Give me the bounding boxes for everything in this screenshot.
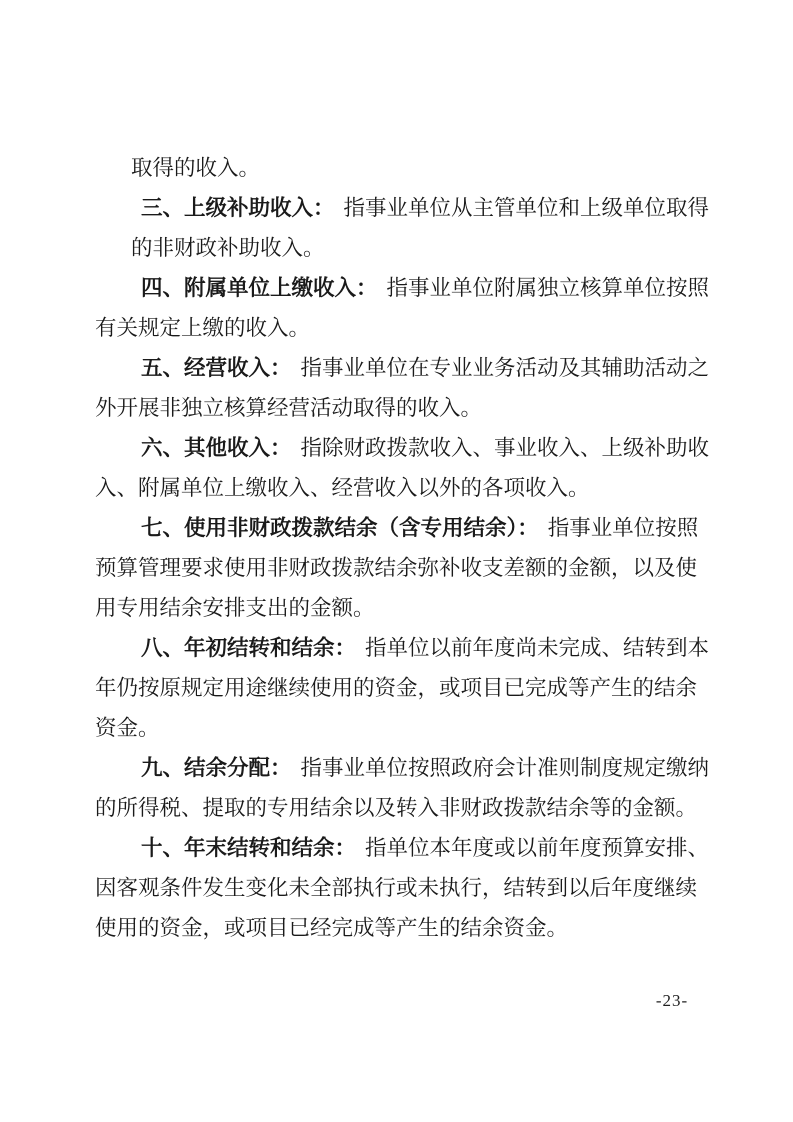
paragraph-heading: 九、结余分配： — [141, 756, 292, 780]
text-line: 预算管理要求使用非财政拨款结余弥补收支差额的金额，以及使 — [95, 548, 720, 588]
paragraph-heading: 七、使用非财政拨款结余（含专用结余）： — [141, 516, 539, 540]
paragraph-text: 指单位以前年度尚未完成、结转到本 — [365, 636, 709, 660]
paragraph-text: 预算管理要求使用非财政拨款结余弥补收支差额的金额，以及使 — [95, 556, 697, 580]
text-line: 三、上级补助收入：指事业单位从主管单位和上级单位取得 — [95, 188, 720, 228]
text-line: 九、结余分配：指事业单位按照政府会计准则制度规定缴纳 — [95, 748, 720, 788]
text-line: 有关规定上缴的收入。 — [95, 308, 720, 348]
text-line: 因客观条件发生变化未全部执行或未执行，结转到以后年度继续 — [95, 868, 720, 908]
document-page: 取得的收入。三、上级补助收入：指事业单位从主管单位和上级单位取得的非财政补助收入… — [0, 0, 793, 1122]
text-line: 五、经营收入：指事业单位在专业业务活动及其辅助活动之 — [95, 348, 720, 388]
text-line: 十、年末结转和结余：指单位本年度或以前年度预算安排、 — [95, 828, 720, 868]
paragraph-text: 指除财政拨款收入、事业收入、上级补助收 — [301, 436, 710, 460]
paragraph-text: 有关规定上缴的收入。 — [95, 316, 310, 340]
text-line: 用专用结余安排支出的金额。 — [95, 588, 720, 628]
paragraph-text: 指事业单位附属独立核算单位按照 — [387, 276, 710, 300]
paragraph-heading: 五、经营收入： — [141, 356, 292, 380]
text-line: 取得的收入。 — [95, 148, 720, 188]
text-line: 使用的资金，或项目已经完成等产生的结余资金。 — [95, 908, 720, 948]
text-line: 四、附属单位上缴收入：指事业单位附属独立核算单位按照 — [95, 268, 720, 308]
paragraph-heading: 三、上级补助收入： — [141, 196, 335, 220]
paragraph-text: 使用的资金，或项目已经完成等产生的结余资金。 — [95, 916, 568, 940]
text-line: 的所得税、提取的专用结余以及转入非财政拨款结余等的金额。 — [95, 788, 720, 828]
paragraph-text: 取得的收入。 — [131, 156, 260, 180]
text-line: 入、附属单位上缴收入、经营收入以外的各项收入。 — [95, 468, 720, 508]
paragraph-text: 的所得税、提取的专用结余以及转入非财政拨款结余等的金额。 — [95, 796, 697, 820]
paragraph-text: 指单位本年度或以前年度预算安排、 — [365, 836, 709, 860]
paragraph-heading: 十、年末结转和结余： — [141, 836, 356, 860]
text-line: 六、其他收入：指除财政拨款收入、事业收入、上级补助收 — [95, 428, 720, 468]
paragraph-text: 用专用结余安排支出的金额。 — [95, 596, 375, 620]
text-line: 年仍按原规定用途继续使用的资金，或项目已完成等产生的结余 — [95, 668, 720, 708]
paragraph-text: 指事业单位从主管单位和上级单位取得 — [344, 196, 710, 220]
paragraph-text: 资金。 — [95, 716, 160, 740]
document-body: 取得的收入。三、上级补助收入：指事业单位从主管单位和上级单位取得的非财政补助收入… — [95, 148, 720, 948]
paragraph-text: 的非财政补助收入。 — [131, 236, 325, 260]
paragraph-heading: 八、年初结转和结余： — [141, 636, 356, 660]
paragraph-text: 入、附属单位上缴收入、经营收入以外的各项收入。 — [95, 476, 590, 500]
paragraph-text: 因客观条件发生变化未全部执行或未执行，结转到以后年度继续 — [95, 876, 697, 900]
paragraph-text: 指事业单位按照 — [548, 516, 699, 540]
text-line: 外开展非独立核算经营活动取得的收入。 — [95, 388, 720, 428]
paragraph-text: 指事业单位在专业业务活动及其辅助活动之 — [301, 356, 710, 380]
text-line: 七、使用非财政拨款结余（含专用结余）：指事业单位按照 — [95, 508, 720, 548]
paragraph-heading: 六、其他收入： — [141, 436, 292, 460]
text-line: 八、年初结转和结余：指单位以前年度尚未完成、结转到本 — [95, 628, 720, 668]
page-number: -23- — [648, 991, 696, 1011]
paragraph-text: 外开展非独立核算经营活动取得的收入。 — [95, 396, 482, 420]
paragraph-text: 年仍按原规定用途继续使用的资金，或项目已完成等产生的结余 — [95, 676, 697, 700]
paragraph-heading: 四、附属单位上缴收入： — [141, 276, 378, 300]
text-line: 的非财政补助收入。 — [95, 228, 720, 268]
text-line: 资金。 — [95, 708, 720, 748]
paragraph-text: 指事业单位按照政府会计准则制度规定缴纳 — [301, 756, 710, 780]
